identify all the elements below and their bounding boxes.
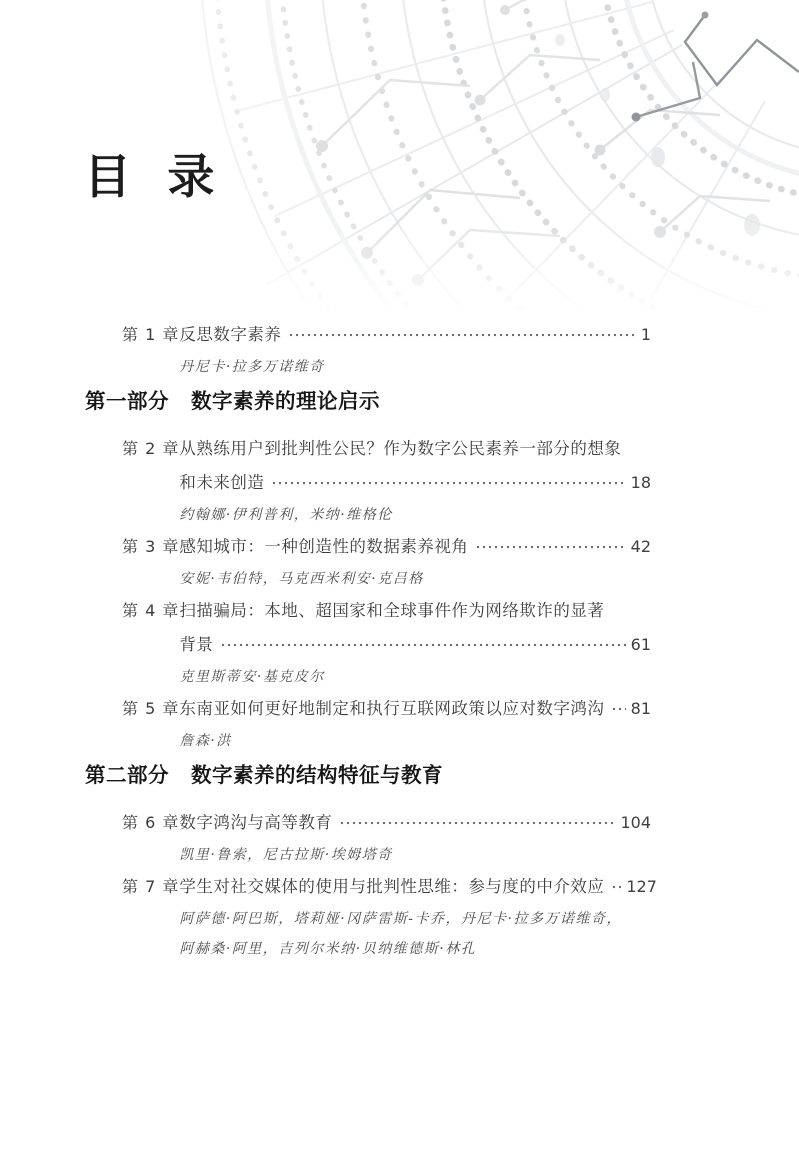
author-line: 丹尼卡·拉多万诺维奇	[179, 352, 651, 382]
author-line: 克里斯蒂安·基克皮尔	[179, 662, 651, 692]
author-line-2: 阿赫桑·阿里，吉列尔米纳·贝纳维德斯·林孔	[179, 934, 651, 964]
part-title: 数字素养的结构特征与教育	[191, 763, 443, 787]
chapter-title-line-1: 从熟练用户到批判性公民？作为数字公民素养一部分的想象	[179, 432, 621, 466]
dot-leader	[220, 641, 625, 649]
author-line: 约翰娜·伊利普利，米纳·维格伦	[179, 500, 651, 530]
part-title: 数字素养的理论启示	[191, 389, 380, 413]
toc-entry-chapter-5: 第 5 章 东南亚如何更好地制定和执行互联网政策以应对数字鸿沟 81 詹森·洪	[122, 692, 651, 756]
page-number: 1	[641, 318, 651, 352]
author-line: 凯里·鲁索，尼古拉斯·埃姆塔奇	[179, 840, 651, 870]
chapter-label: 第 1 章	[122, 318, 179, 382]
toc-entry-chapter-2: 第 2 章 从熟练用户到批判性公民？作为数字公民素养一部分的想象 和未来创造 1…	[122, 432, 651, 530]
chapter-label: 第 7 章	[122, 870, 179, 964]
toc-entry-chapter-7: 第 7 章 学生对社交媒体的使用与批判性思维：参与度的中介效应 127 阿萨德·…	[122, 870, 651, 964]
part-label: 第二部分	[85, 763, 169, 787]
toc-entry-chapter-6: 第 6 章 数字鸿沟与高等教育 104 凯里·鲁索，尼古拉斯·埃姆塔奇	[122, 806, 651, 870]
chapter-title: 数字鸿沟与高等教育	[179, 806, 332, 840]
dot-leader	[288, 331, 635, 339]
chapter-label: 第 4 章	[122, 594, 179, 692]
dot-leader	[611, 883, 621, 891]
dot-leader	[271, 479, 625, 487]
page-number: 61	[631, 628, 651, 662]
page-number: 42	[631, 530, 651, 564]
chapter-title: 反思数字素养	[179, 318, 281, 352]
chapter-title-line-2: 背景	[179, 628, 213, 662]
table-of-contents: 第 1 章 反思数字素养 1 丹尼卡·拉多万诺维奇 第一部分数字素养的理论启示 …	[85, 318, 651, 964]
toc-entry-chapter-1: 第 1 章 反思数字素养 1 丹尼卡·拉多万诺维奇	[122, 318, 651, 382]
chapter-label: 第 5 章	[122, 692, 179, 756]
chapter-title-line-1: 扫描骗局：本地、超国家和全球事件作为网络欺诈的显著	[179, 594, 604, 628]
chapter-label: 第 6 章	[122, 806, 179, 870]
part-heading-2: 第二部分数字素养的结构特征与教育	[85, 760, 651, 790]
chapter-label: 第 2 章	[122, 432, 179, 530]
toc-entry-chapter-3: 第 3 章 感知城市：一种创造性的数据素养视角 42 安妮·韦伯特，马克西米利安…	[122, 530, 651, 594]
chapter-label: 第 3 章	[122, 530, 179, 594]
author-line: 詹森·洪	[179, 726, 651, 756]
part-label: 第一部分	[85, 389, 169, 413]
dot-leader	[611, 705, 625, 713]
page-number: 18	[631, 466, 651, 500]
page-title: 目 录	[84, 140, 216, 207]
toc-entry-chapter-4: 第 4 章 扫描骗局：本地、超国家和全球事件作为网络欺诈的显著 背景 61 克里…	[122, 594, 651, 692]
chapter-title: 学生对社交媒体的使用与批判性思维：参与度的中介效应	[179, 870, 604, 904]
author-line-1: 阿萨德·阿巴斯，塔莉娅·冈萨雷斯-卡乔，丹尼卡·拉多万诺维奇，	[179, 904, 651, 934]
part-heading-1: 第一部分数字素养的理论启示	[85, 386, 651, 416]
chapter-title-line-2: 和未来创造	[179, 466, 264, 500]
chapter-title: 感知城市：一种创造性的数据素养视角	[179, 530, 468, 564]
page-number: 104	[620, 806, 651, 840]
author-line: 安妮·韦伯特，马克西米利安·克吕格	[179, 564, 651, 594]
page-number: 81	[631, 692, 651, 726]
dot-leader	[339, 819, 615, 827]
dot-leader	[475, 543, 625, 551]
page-number: 127	[626, 870, 657, 904]
chapter-title: 东南亚如何更好地制定和执行互联网政策以应对数字鸿沟	[179, 692, 604, 726]
